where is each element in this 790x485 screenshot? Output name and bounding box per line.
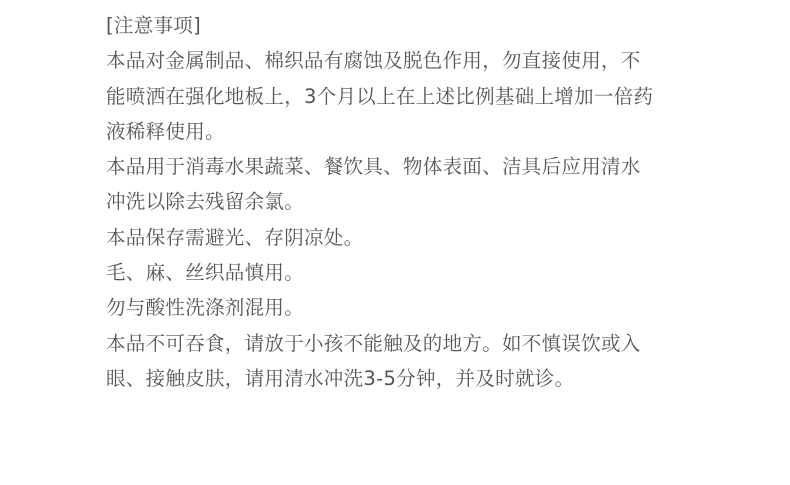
precautions-section: [注意事项] 本品对金属制品、棉织品有腐蚀及脱色作用，勿直接使用，不 能喷洒在强… — [106, 8, 716, 396]
text-line: 本品用于消毒水果蔬菜、餐饮具、物体表面、洁具后应用清水 — [106, 149, 716, 184]
text-line: 毛、麻、丝织品慎用。 — [106, 255, 716, 290]
section-heading: [注意事项] — [106, 8, 716, 43]
text-line: 本品对金属制品、棉织品有腐蚀及脱色作用，勿直接使用，不 — [106, 43, 716, 78]
text-line: 眼、接触皮肤，请用清水冲洗3-5分钟，并及时就诊。 — [106, 361, 716, 396]
text-line: 能喷洒在强化地板上，3个月以上在上述比例基础上增加一倍药 — [106, 79, 716, 114]
text-line: 本品不可吞食，请放于小孩不能触及的地方。如不慎误饮或入 — [106, 326, 716, 361]
text-line: 勿与酸性洗涤剂混用。 — [106, 290, 716, 325]
text-line: 本品保存需避光、存阴凉处。 — [106, 220, 716, 255]
text-line: 冲洗以除去残留余氯。 — [106, 184, 716, 219]
text-line: 液稀释使用。 — [106, 114, 716, 149]
